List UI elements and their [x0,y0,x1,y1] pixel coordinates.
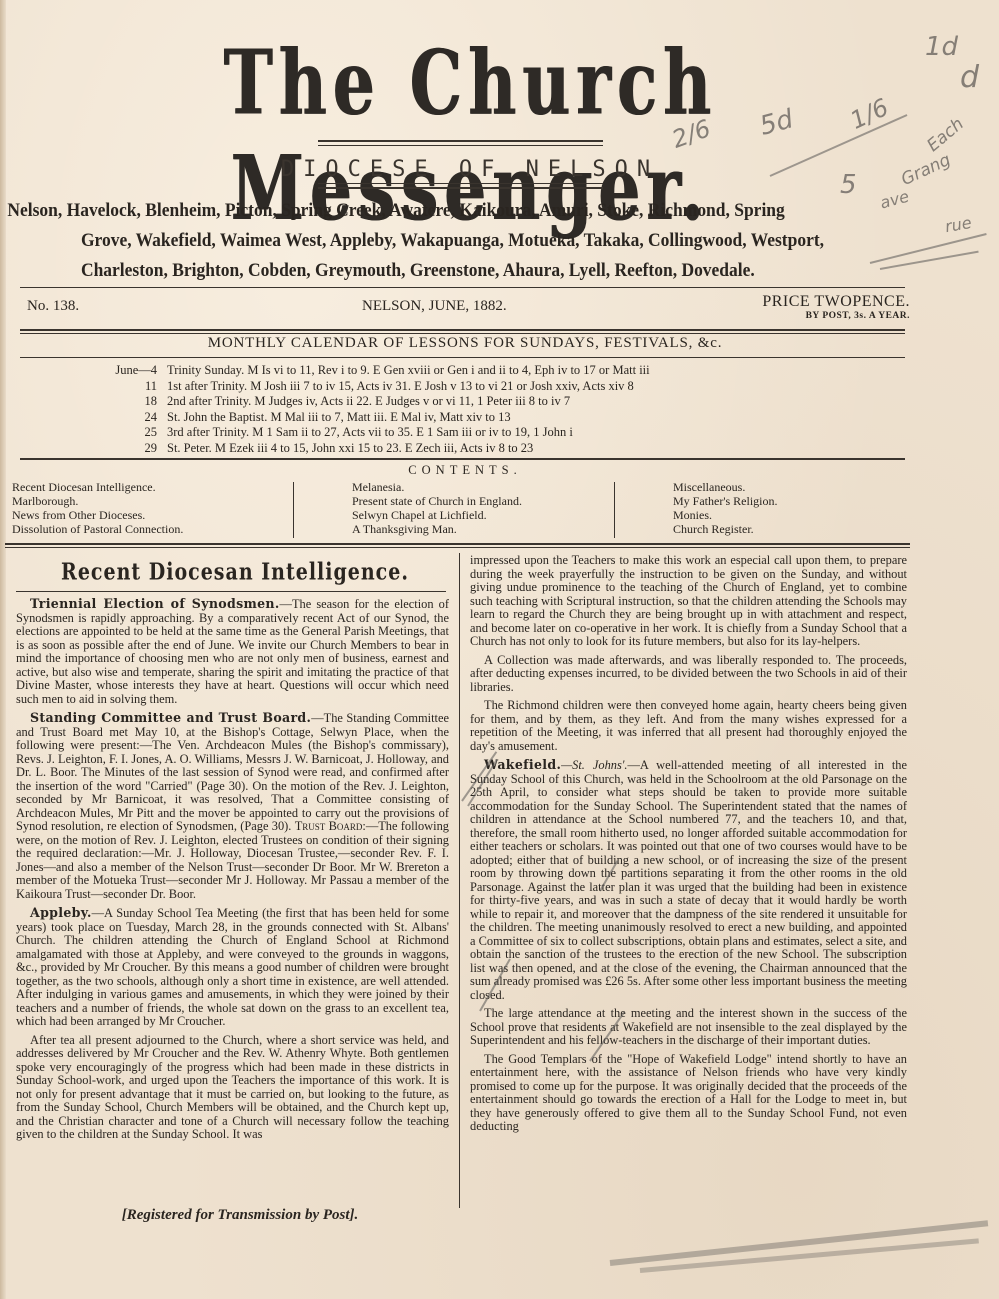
issue-date: NELSON, JUNE, 1882. [362,298,507,315]
calendar-row: 29St. Peter. M Ezek iii 4 to 15, John xx… [95,441,915,457]
contents-item: Miscellaneous. [673,480,778,494]
contents-column-3: Miscellaneous. My Father's Religion. Mon… [673,480,778,536]
parish-line: Grove, Wakefield, Waimea West, Appleby, … [0,226,856,256]
column-divider [459,553,460,1208]
paragraph-lead: Triennial Election of Synodsmen. [30,596,280,611]
calendar-text: 2nd after Trinity. M Judges iv, Acts ii … [167,394,570,410]
handwritten-note: 1d [925,32,958,62]
calendar-heading: MONTHLY CALENDAR OF LESSONS FOR SUNDAYS,… [0,335,930,352]
calendar-date: June—4 [95,363,167,379]
paragraph-text: —The Standing Committee and Trust Board … [16,711,449,833]
handwritten-note: rue [944,213,973,236]
paragraph: Standing Committee and Trust Board.—The … [16,711,449,901]
calendar-text: Trinity Sunday. M Is vi to 11, Rev i to … [167,363,650,379]
handwritten-note: 5 [840,170,857,200]
contents-item: Selwyn Chapel at Lichfield. [352,508,522,522]
paragraph-text: A Collection was made afterwards, and wa… [470,653,907,694]
contents-item: Melanesia. [352,480,522,494]
rule [20,333,905,334]
parish-line: Nelson, Havelock, Blenheim, Picton, Spri… [0,196,856,226]
contents-item: Church Register. [673,522,778,536]
rule [5,543,910,545]
newspaper-page: The Church Messenger. DIOCESE OF NELSON … [0,0,999,1299]
contents-item: Dissolution of Pastoral Connection. [12,522,183,536]
parish-line: Charleston, Brighton, Cobden, Greymouth,… [0,256,856,286]
price-block: PRICE TWOPENCE. BY POST, 3s. A YEAR. [720,293,910,321]
paragraph: A Collection was made afterwards, and wa… [470,654,907,695]
paragraph-text: —A Sunday School Tea Meeting (the first … [16,906,449,1028]
rule [20,458,905,460]
handwritten-note: d [960,60,979,95]
lesson-calendar: June—4Trinity Sunday. M Is vi to 11, Rev… [95,363,915,456]
subtitle-rule [318,183,603,184]
contents-item: Present state of Church in England. [352,494,522,508]
contents-heading: CONTENTS. [0,463,930,478]
paragraph-text: —A well-attended meeting of all interest… [470,758,907,1002]
issue-number: No. 138. [27,298,79,315]
title-rule [318,145,603,146]
diocese-subtitle: DIOCESE OF NELSON [220,157,720,182]
paragraph: The Richmond children were then conveyed… [470,699,907,753]
postal-registration-note: [Registered for Transmission by Post]. [60,1207,420,1224]
calendar-row: 253rd after Trinity. M 1 Sam ii to 27, A… [95,425,915,441]
contents-item: A Thanksgiving Man. [352,522,522,536]
postal-price: BY POST, 3s. A YEAR. [720,311,910,321]
contents-item: News from Other Dioceses. [12,508,183,522]
contents-column-1: Recent Diocesan Intelligence. Marlboroug… [12,480,183,536]
parish-list: Nelson, Havelock, Blenheim, Picton, Spri… [0,196,856,286]
paragraph: impressed upon the Teachers to make this… [470,554,907,649]
subtitle-rule [318,187,603,189]
calendar-date: 18 [95,394,167,410]
paragraph-text: The Richmond children were then conveyed… [470,698,907,753]
paragraph: Appleby.—A Sunday School Tea Meeting (th… [16,906,449,1029]
paragraph-text: After tea all present adjourned to the C… [16,1033,449,1142]
page-edge [0,0,6,1299]
paragraph-lead: Standing Committee and Trust Board. [30,710,311,725]
contents-item: Marlborough. [12,494,183,508]
paragraph: After tea all present adjourned to the C… [16,1034,449,1142]
paragraph-subhead: Trust Board [295,819,363,833]
pencil-stroke [880,251,979,270]
calendar-date: 11 [95,379,167,395]
rule [20,287,905,288]
column-divider [293,482,294,538]
paragraph: The Good Templars of the "Hope of Wakefi… [470,1053,907,1134]
contents-item: My Father's Religion. [673,494,778,508]
calendar-text: St. Peter. M Ezek iii 4 to 15, John xxi … [167,441,533,457]
calendar-row: 182nd after Trinity. M Judges iv, Acts i… [95,394,915,410]
calendar-date: 29 [95,441,167,457]
calendar-date: 24 [95,410,167,426]
title-rule [318,140,603,142]
paragraph-text: The Good Templars of the "Hope of Wakefi… [470,1052,907,1134]
calendar-date: 25 [95,425,167,441]
calendar-text: 1st after Trinity. M Josh iii 7 to iv 15… [167,379,634,395]
column-divider [614,482,615,538]
price: PRICE TWOPENCE. [720,293,910,311]
paragraph: The large attendance at the meeting and … [470,1007,907,1048]
contents-item: Monies. [673,508,778,522]
section-title: Recent Diocesan Intelligence. [30,558,440,586]
paragraph-subhead: —St. Johns'. [561,758,627,772]
rule [20,357,905,358]
calendar-text: 3rd after Trinity. M 1 Sam ii to 27, Act… [167,425,573,441]
paragraph-text: —The season for the election of Synodsme… [16,597,449,706]
calendar-row: June—4Trinity Sunday. M Is vi to 11, Rev… [95,363,915,379]
article-column-left: Triennial Election of Synodsmen.—The sea… [16,597,449,1147]
paragraph: Triennial Election of Synodsmen.—The sea… [16,597,449,706]
contents-item: Recent Diocesan Intelligence. [12,480,183,494]
calendar-text: St. John the Baptist. M Mal iii to 7, Ma… [167,410,511,426]
paragraph-text: The large attendance at the meeting and … [470,1006,907,1047]
article-column-right: impressed upon the Teachers to make this… [470,554,907,1139]
rule [5,547,910,548]
calendar-row: 24St. John the Baptist. M Mal iii to 7, … [95,410,915,426]
rule [16,591,446,592]
paragraph-lead: Appleby. [30,905,92,920]
paragraph-text: impressed upon the Teachers to make this… [470,553,907,648]
paragraph: Wakefield.—St. Johns'.—A well-attended m… [470,758,907,1002]
calendar-row: 111st after Trinity. M Josh iii 7 to iv … [95,379,915,395]
rule [20,329,905,331]
contents-column-2: Melanesia. Present state of Church in En… [352,480,522,536]
